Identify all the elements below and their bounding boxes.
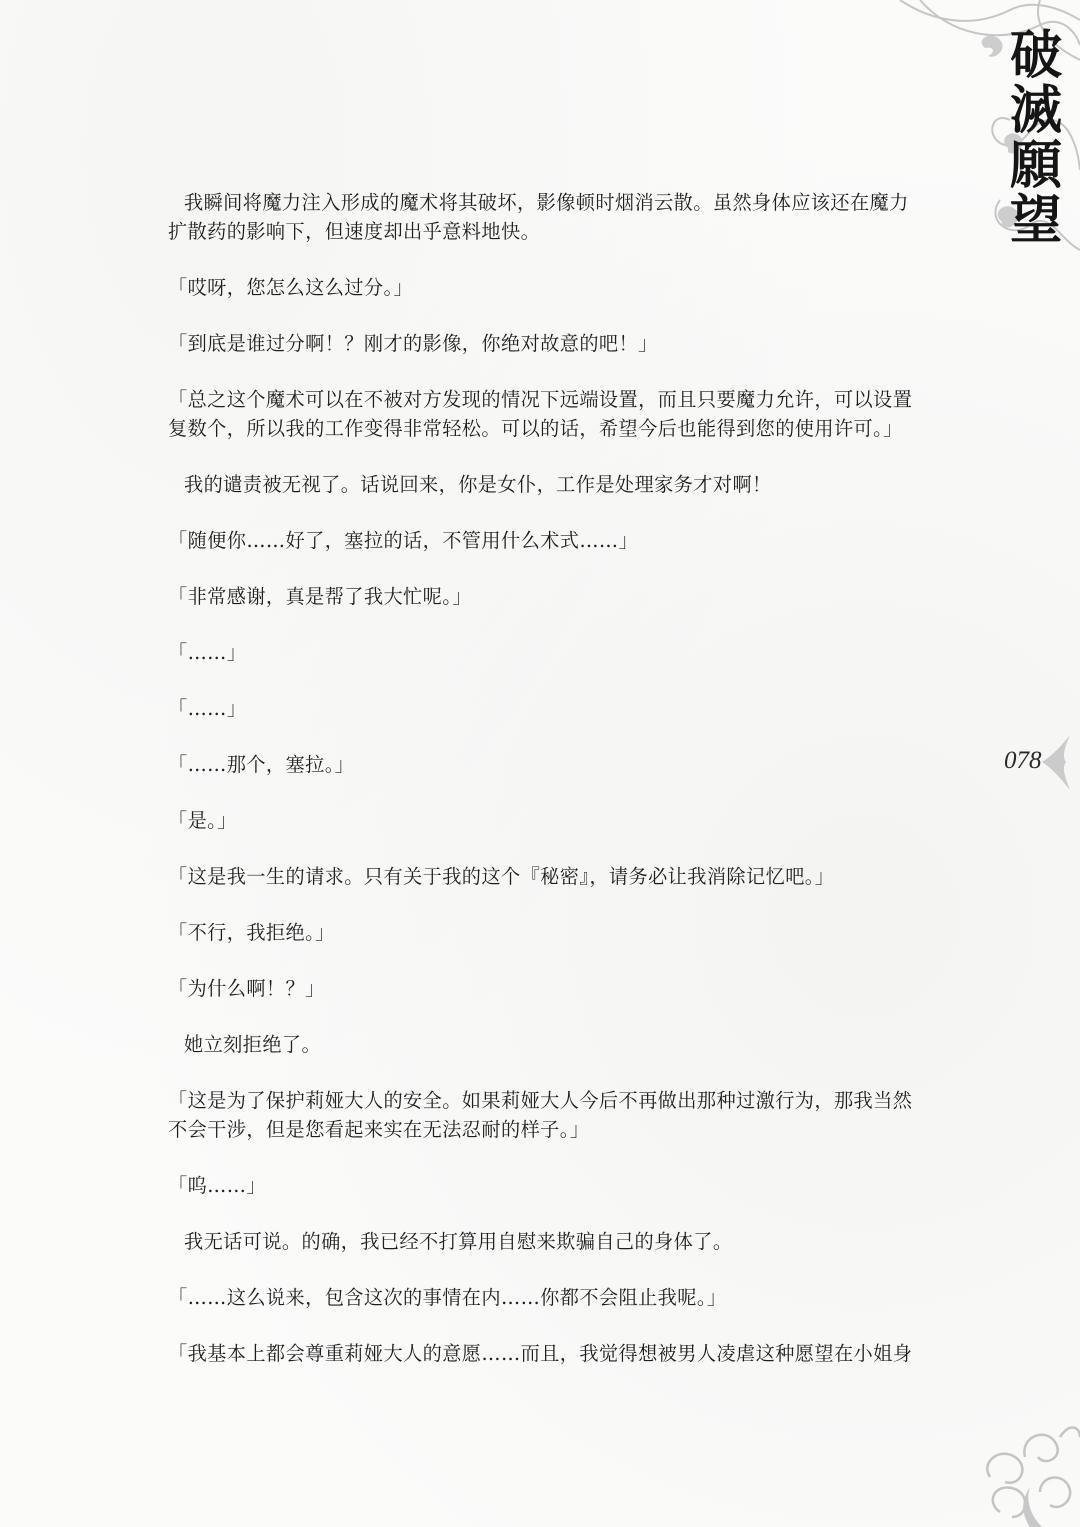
dialogue-paragraph: 「非常感谢，真是帮了我大忙呢。」 bbox=[168, 582, 928, 611]
dialogue-paragraph: 「……那个，塞拉。」 bbox=[168, 750, 928, 779]
dialogue-paragraph: 「我基本上都会尊重莉娅大人的意愿……而且，我觉得想被男人凌虐这种愿望在小姐身 bbox=[168, 1339, 928, 1368]
narration-paragraph: 我的谴责被无视了。话说回来，你是女仆，工作是处理家务才对啊！ bbox=[168, 470, 928, 499]
dialogue-paragraph: 「是。」 bbox=[168, 806, 928, 835]
narration-paragraph: 我无话可说。的确，我已经不打算用自慰来欺骗自己的身体了。 bbox=[168, 1227, 928, 1256]
dialogue-paragraph: 「到底是谁过分啊！？刚才的影像，你绝对故意的吧！」 bbox=[168, 329, 928, 358]
dialogue-paragraph: 「为什么啊！？」 bbox=[168, 974, 928, 1003]
book-title-char: 望 bbox=[1006, 193, 1066, 248]
book-title-char: 破 bbox=[1006, 28, 1066, 83]
dialogue-paragraph: 「不行，我拒绝。」 bbox=[168, 918, 928, 947]
dialogue-paragraph: 「这是为了保护莉娅大人的安全。如果莉娅大人今后不再做出那种过激行为，那我当然不会… bbox=[168, 1086, 928, 1144]
narration-paragraph: 她立刻拒绝了。 bbox=[168, 1030, 928, 1059]
dialogue-paragraph: 「……」 bbox=[168, 694, 928, 723]
dialogue-paragraph: 「哎呀，您怎么这么过分。」 bbox=[168, 273, 928, 302]
dialogue-paragraph: 「呜……」 bbox=[168, 1171, 928, 1200]
page-number: 078 bbox=[1004, 747, 1042, 775]
flourish-ornament-bottom-icon bbox=[970, 1417, 1080, 1527]
narration-paragraph: 我瞬间将魔力注入形成的魔术将其破坏，影像顿时烟消云散。虽然身体应该还在魔力扩散药… bbox=[168, 188, 928, 246]
dialogue-paragraph: 「这是我一生的请求。只有关于我的这个『秘密』，请务必让我消除记忆吧。」 bbox=[168, 862, 928, 891]
chapter-body-text: 我瞬间将魔力注入形成的魔术将其破坏，影像顿时烟消云散。虽然身体应该还在魔力扩散药… bbox=[168, 188, 928, 1395]
book-title-char: 滅 bbox=[1006, 83, 1066, 138]
dialogue-paragraph: 「……这么说来，包含这次的事情在内……你都不会阻止我呢。」 bbox=[168, 1283, 928, 1312]
dialogue-paragraph: 「总之这个魔术可以在不被对方发现的情况下远端设置，而且只要魔力允许，可以设置复数… bbox=[168, 385, 928, 443]
book-page: 破 滅 願 望 078 我瞬间将魔力注入形成的魔术将其破坏，影像顿时烟消云散。虽… bbox=[0, 0, 1080, 1527]
dialogue-paragraph: 「随便你……好了，塞拉的话，不管用什么术式……」 bbox=[168, 526, 928, 555]
book-title-vertical: 破 滅 願 望 bbox=[1006, 28, 1066, 248]
page-number-ornament-icon bbox=[1040, 735, 1080, 790]
dialogue-paragraph: 「……」 bbox=[168, 638, 928, 667]
book-title-char: 願 bbox=[1006, 138, 1066, 193]
